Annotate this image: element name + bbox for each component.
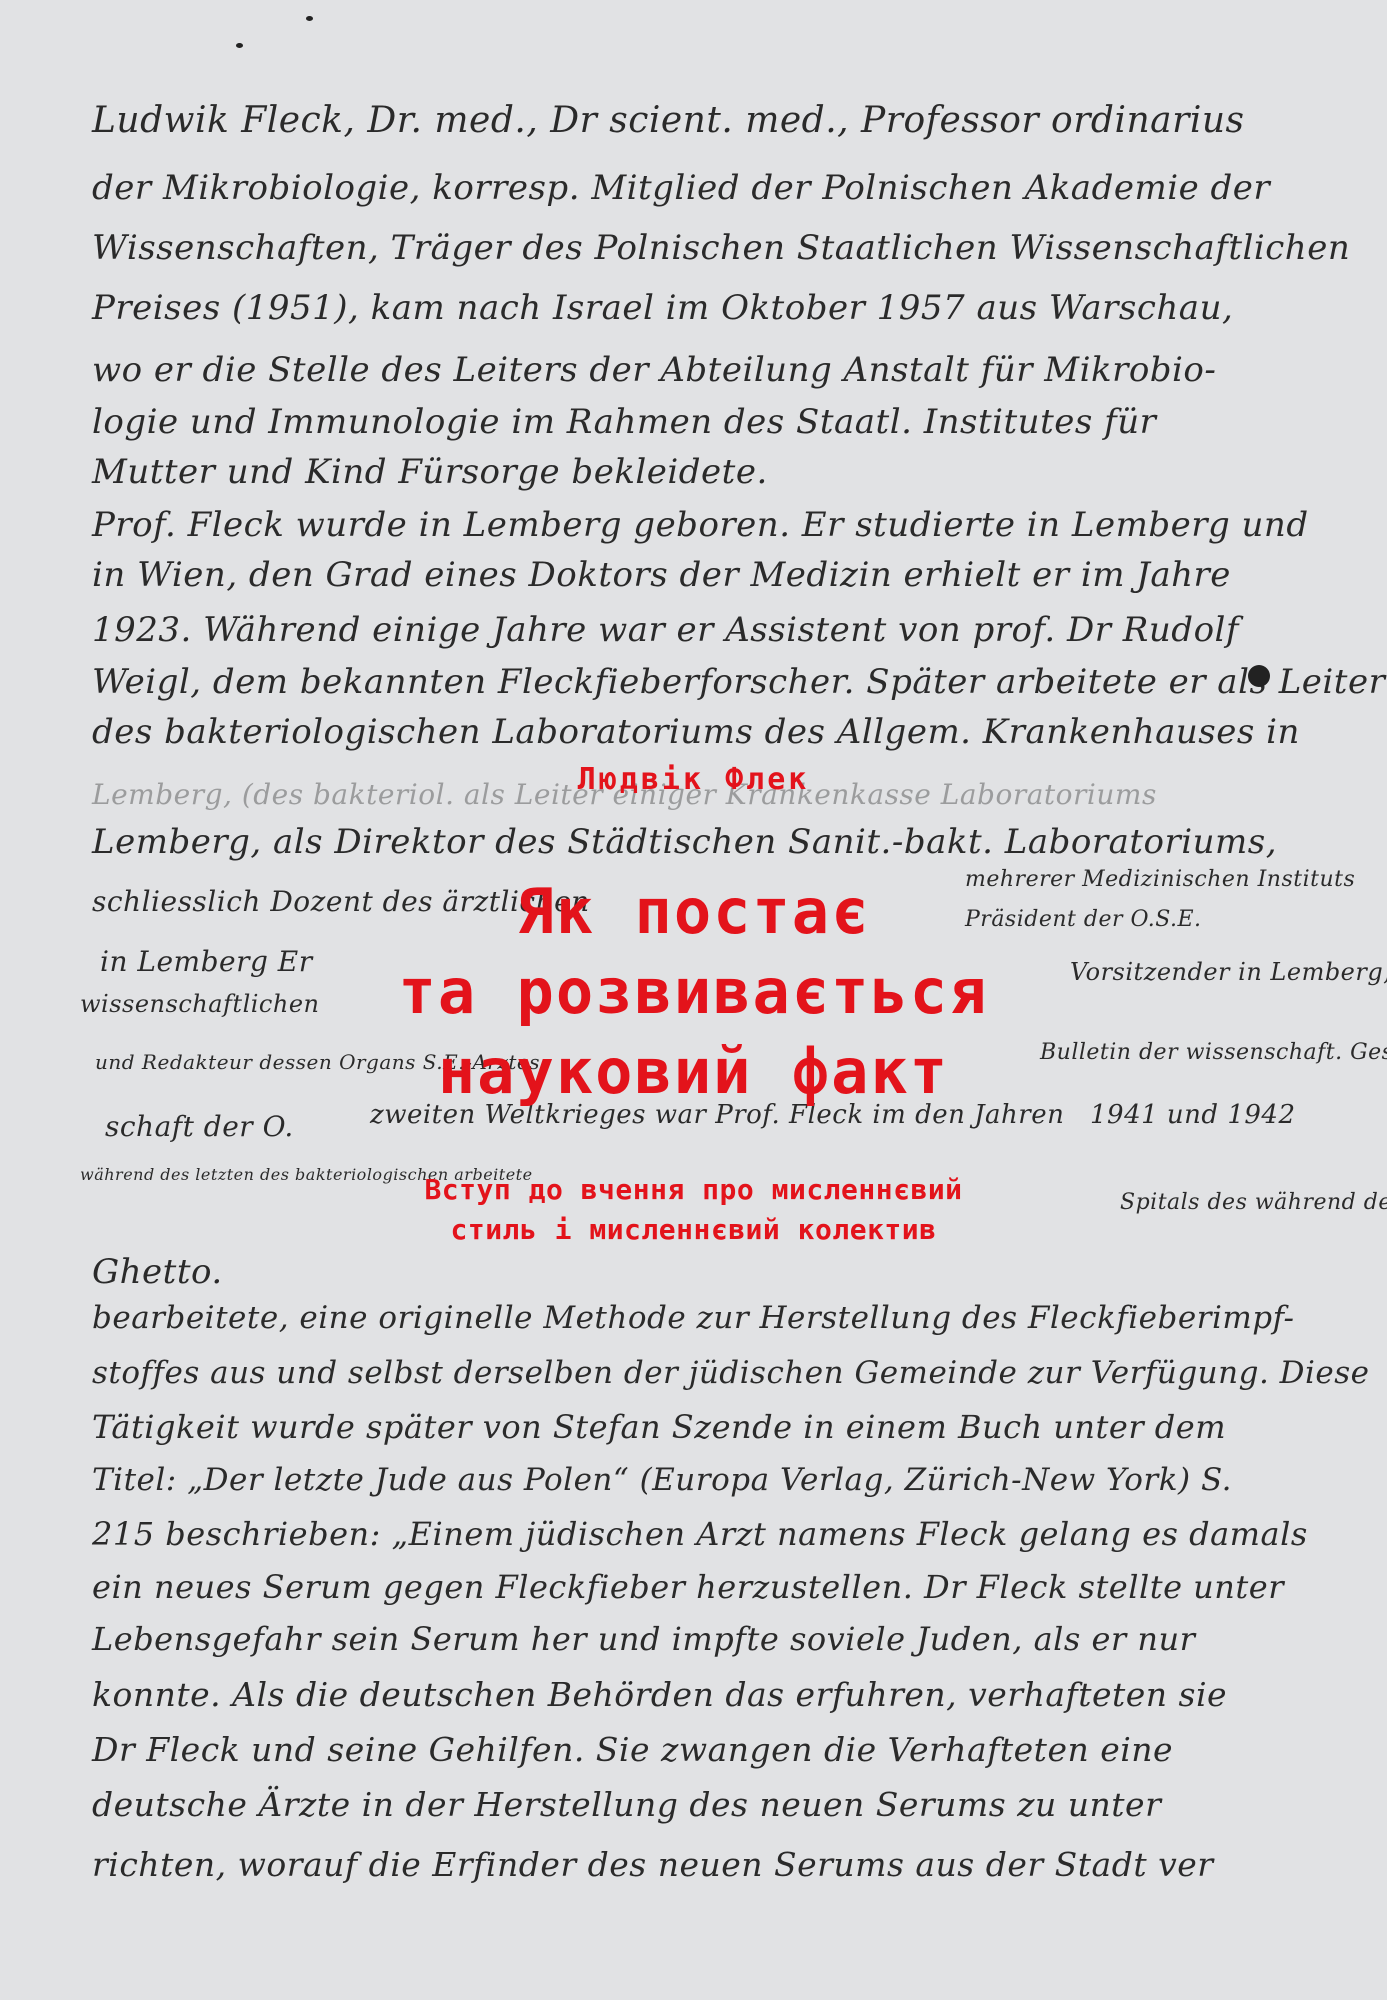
subtitle-line-1: Вступ до вчення про мисленнєвий	[0, 1170, 1387, 1210]
manuscript-line: der Mikrobiologie, korresp. Mitglied der…	[92, 168, 1270, 208]
manuscript-line: ein neues Serum gegen Fleckfieber herzus…	[92, 1568, 1284, 1606]
title-line-1: Як постає	[0, 874, 1387, 950]
manuscript-line: 215 beschrieben: „Einem jüdischen Arzt n…	[92, 1515, 1308, 1553]
author-name: Людвік Флек	[0, 762, 1387, 797]
ink-speck	[306, 16, 313, 21]
manuscript-line: Titel: „Der letzte Jude aus Polen“ (Euro…	[92, 1462, 1232, 1498]
manuscript-line: Mutter und Kind Fürsorge bekleidete.	[92, 452, 768, 492]
manuscript-line: bearbeitete, eine originelle Methode zur…	[92, 1300, 1295, 1336]
title-line-3: науковий факт	[0, 1034, 1387, 1110]
manuscript-line: logie und Immunologie im Rahmen des Staa…	[92, 402, 1156, 442]
manuscript-line: konnte. Als die deutschen Behörden das e…	[92, 1675, 1227, 1714]
manuscript-line: Lebensgefahr sein Serum her und impfte s…	[92, 1620, 1195, 1658]
manuscript-line: Tätigkeit wurde später von Stefan Szende…	[92, 1408, 1226, 1446]
manuscript-line: stoffes aus und selbst derselben der jüd…	[92, 1355, 1370, 1391]
ink-speck	[236, 43, 243, 48]
manuscript-line: Prof. Fleck wurde in Lemberg geboren. Er…	[92, 505, 1309, 545]
book-cover: Ludwik Fleck, Dr. med., Dr scient. med.,…	[0, 0, 1387, 2000]
manuscript-line: Lemberg, als Direktor des Städtischen Sa…	[92, 822, 1277, 862]
manuscript-line: Ghetto.	[92, 1252, 223, 1292]
manuscript-line: Ludwik Fleck, Dr. med., Dr scient. med.,…	[92, 100, 1245, 141]
manuscript-line: 1923. Während einige Jahre war er Assist…	[92, 610, 1239, 650]
manuscript-line: Preises (1951), kam nach Israel im Oktob…	[92, 288, 1233, 328]
title-line-2: та розвивається	[0, 954, 1387, 1030]
ink-speck	[1248, 665, 1270, 687]
manuscript-line: in Wien, den Grad eines Doktors der Medi…	[92, 555, 1231, 595]
manuscript-line: deutsche Ärzte in der Herstellung des ne…	[92, 1785, 1161, 1824]
subtitle-line-2: стиль і мисленнєвий колектив	[0, 1210, 1387, 1250]
manuscript-line: richten, worauf die Erfinder des neuen S…	[92, 1845, 1214, 1884]
manuscript-line: des bakteriologischen Laboratoriums des …	[92, 712, 1300, 752]
manuscript-annotation: schaft der O.	[105, 1110, 294, 1143]
manuscript-line: Wissenschaften, Träger des Polnischen St…	[92, 228, 1350, 268]
manuscript-line: wo er die Stelle des Leiters der Abteilu…	[92, 350, 1216, 390]
manuscript-line: Dr Fleck und seine Gehilfen. Sie zwangen…	[92, 1730, 1173, 1769]
manuscript-line: Weigl, dem bekannten Fleckfieberforscher…	[92, 662, 1385, 702]
